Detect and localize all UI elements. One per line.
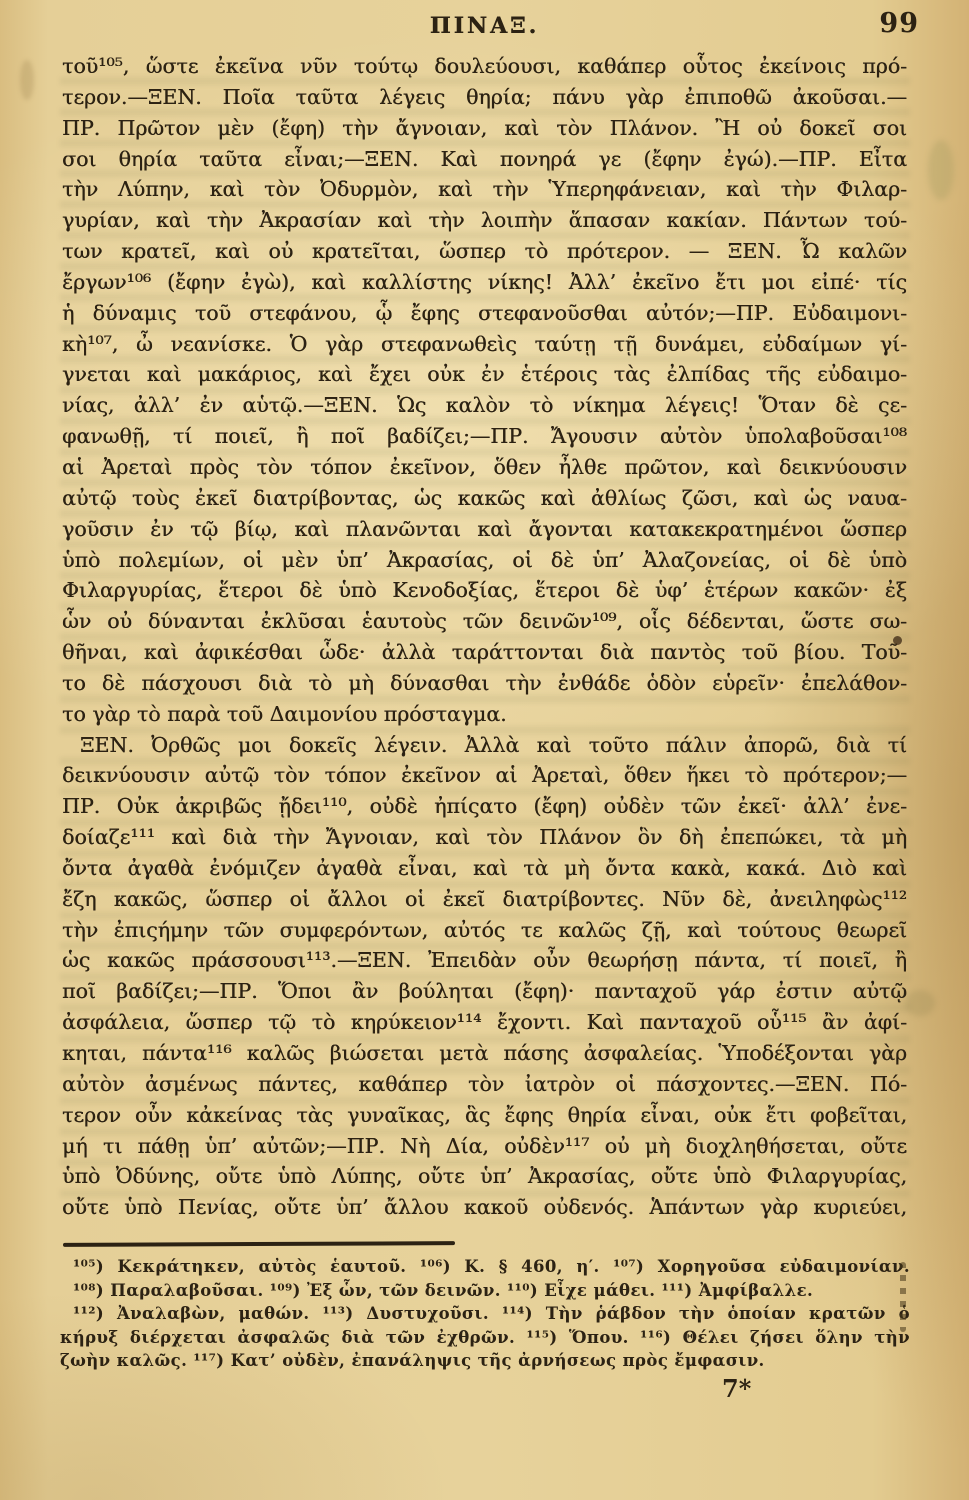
text-line: φανωθῇ, τί ποιεῖ, ἢ ποῖ βαδίζει;—ΠΡ. Ἄγο…	[62, 421, 907, 452]
footnote-line: ¹⁰⁸) Παραλαβοῦσαι. ¹⁰⁹) Ἐξ ὧν, τῶν δεινῶ…	[60, 1279, 910, 1303]
text-line: ποῖ βαδίζει;—ΠΡ. Ὅποι ἂν βούληται (ἔφη)·…	[62, 976, 907, 1007]
signature-mark: 7*	[722, 1374, 751, 1403]
footnote-separator-rule	[63, 1241, 455, 1247]
text-line: αὐτῷ τοὺς ἐκεῖ διατρίβοντας, ὡς κακῶς κα…	[62, 483, 907, 514]
text-line: αἱ Ἀρεταὶ πρὸς τὸν τόπον ἐκεῖνον, ὅθεν ἦ…	[62, 452, 907, 483]
text-line: νίας, ἀλλ’ ἐν αὑτῷ.—ΞΕΝ. Ὡς καλὸν τὸ νίκ…	[62, 390, 907, 421]
text-line: μή τι πάθῃ ὑπ’ αὐτῶν;—ΠΡ. Νὴ Δία, οὐδὲν¹…	[62, 1131, 907, 1162]
footnote-line: κήρυξ διέρχεται ἀσφαλῶς διὰ τῶν ἐχθρῶν. …	[60, 1326, 910, 1350]
text-line: οὔτε ὑπὸ Πενίας, οὔτε ὑπ’ ἄλλου κακοῦ οὐ…	[62, 1192, 907, 1223]
text-line: αὐτὸν ἀσμένως πάντες, καθάπερ τὸν ἰατρὸν…	[62, 1069, 907, 1100]
text-line: ὡς κακῶς πράσσουσι¹¹³.—ΞΕΝ. Ἐπειδὰν οὖν …	[62, 945, 907, 976]
footnote-line: ¹⁰⁵) Κεκράτηκεν, αὐτὸς ἑαυτοῦ. ¹⁰⁶) Κ. §…	[60, 1255, 910, 1279]
page-header-title: ΠΙΝΑΞ.	[0, 13, 969, 39]
text-line: τοῦ¹⁰⁵, ὥστε ἐκεῖνα νῦν τούτῳ δουλεύουσι…	[62, 51, 907, 82]
text-line: Φιλαργυρίας, ἕτεροι δὲ ὑπὸ Κενοδοξίας, ἕ…	[62, 575, 907, 606]
text-line: ὧν οὐ δύνανται ἐκλῦσαι ἑαυτοὺς τῶν δεινῶ…	[62, 606, 907, 637]
text-line: δεικνύουσιν αὐτῷ τὸν τόπον ἐκεῖνον αἱ Ἀρ…	[62, 760, 907, 791]
text-line: ἀσφάλεια, ὥσπερ τῷ τὸ κηρύκειον¹¹⁴ ἔχοντ…	[62, 1007, 907, 1038]
text-line: ἡ δύναμις τοῦ στεφάνου, ᾧ ἔφης στεφανοῦσ…	[62, 298, 907, 329]
paper-stain	[928, 140, 954, 200]
main-text-block: τοῦ¹⁰⁵, ὥστε ἐκεῖνα νῦν τούτῳ δουλεύουσι…	[62, 51, 907, 1223]
text-line: τὴν Λύπην, καὶ τὸν Ὀδυρμὸν, καὶ τὴν Ὑπερ…	[62, 174, 907, 205]
text-line: ΠΡ. Πρῶτον μὲν (ἔφη) τὴν ἄγνοιαν, καὶ τὸ…	[62, 113, 907, 144]
book-page: ΠΙΝΑΞ. 99 τοῦ¹⁰⁵, ὥστε ἐκεῖνα νῦν τούτῳ …	[0, 0, 969, 1500]
text-line: το γὰρ τὸ παρὰ τοῦ Δαιμονίου πρόσταγμα.	[62, 699, 907, 730]
text-line: το δὲ πάσχουσι διὰ τὸ μὴ δύνασθαι τὴν ἐν…	[62, 668, 907, 699]
text-line: ὑπὸ Ὀδύνης, οὔτε ὑπὸ Λύπης, οὔτε ὑπ’ Ἀκρ…	[62, 1161, 907, 1192]
paper-stain	[20, 60, 34, 100]
text-line: κηται, πάντα¹¹⁶ καλῶς βιώσεται μετὰ πάση…	[62, 1038, 907, 1069]
footnotes-block: ¹⁰⁵) Κεκράτηκεν, αὐτὸς ἑαυτοῦ. ¹⁰⁶) Κ. §…	[60, 1255, 910, 1373]
text-line: δοίαζε¹¹¹ καὶ διὰ τὴν Ἄγνοιαν, καὶ τὸν Π…	[62, 822, 907, 853]
text-line: ἔργων¹⁰⁶ (ἔφην ἐγὼ), καὶ καλλίστης νίκης…	[62, 267, 907, 298]
text-line: ἔζη κακῶς, ὥσπερ οἱ ἄλλοι οἱ ἐκεῖ διατρί…	[62, 884, 907, 915]
text-line: των κρατεῖ, καὶ οὐ κρατεῖται, ὥσπερ τὸ π…	[62, 236, 907, 267]
footnote-line: ζωὴν καλῶς. ¹¹⁷) Κατ’ οὐδὲν, ἐπανάληψις …	[60, 1349, 910, 1373]
text-line: γοῦσιν ἐν τῷ βίῳ, καὶ πλανῶνται καὶ ἄγον…	[62, 514, 907, 545]
text-line: σοι θηρία ταῦτα εἶναι;—ΞΕΝ. Καὶ πονηρά γ…	[62, 144, 907, 175]
text-line: γνεται καὶ μακάριος, καὶ ἔχει οὐκ ἐν ἑτέ…	[62, 359, 907, 390]
text-line: ΞΕΝ. Ὀρθῶς μοι δοκεῖς λέγειν. Ἀλλὰ καὶ τ…	[62, 730, 907, 761]
text-line: τερον οὖν κἀκείνας τὰς γυναῖκας, ἃς ἔφης…	[62, 1100, 907, 1131]
text-line: ὄντα ἀγαθὰ ἐνόμιζεν ἀγαθὰ εἶναι, καὶ τὰ …	[62, 853, 907, 884]
text-line: θῆναι, καὶ ἀφικέσθαι ὧδε· ἀλλὰ ταράττοντ…	[62, 637, 907, 668]
footnote-line: ¹¹²) Ἀναλαβὼν, μαθών. ¹¹³) Δυστυχοῦσι. ¹…	[60, 1302, 910, 1326]
text-line: τὴν ἐπιςήμην τῶν συμφερόντων, αὐτός τε κ…	[62, 915, 907, 946]
text-line: κὴ¹⁰⁷, ὦ νεανίσκε. Ὁ γὰρ στεφανωθεὶς ταύ…	[62, 329, 907, 360]
text-line: ὑπὸ πολεμίων, οἱ μὲν ὑπ’ Ἀκρασίας, οἱ δὲ…	[62, 545, 907, 576]
paper-stain	[905, 990, 935, 1016]
text-line: ΠΡ. Οὐκ ἀκριβῶς ᾔδει¹¹⁰, οὐδὲ ἠπίςατο (ἔ…	[62, 791, 907, 822]
text-line: γυρίαν, καὶ τὴν Ἀκρασίαν καὶ τὴν λοιπὴν …	[62, 205, 907, 236]
page-number: 99	[879, 8, 919, 39]
text-line: τερον.—ΞΕΝ. Ποῖα ταῦτα λέγεις θηρία; πάν…	[62, 82, 907, 113]
